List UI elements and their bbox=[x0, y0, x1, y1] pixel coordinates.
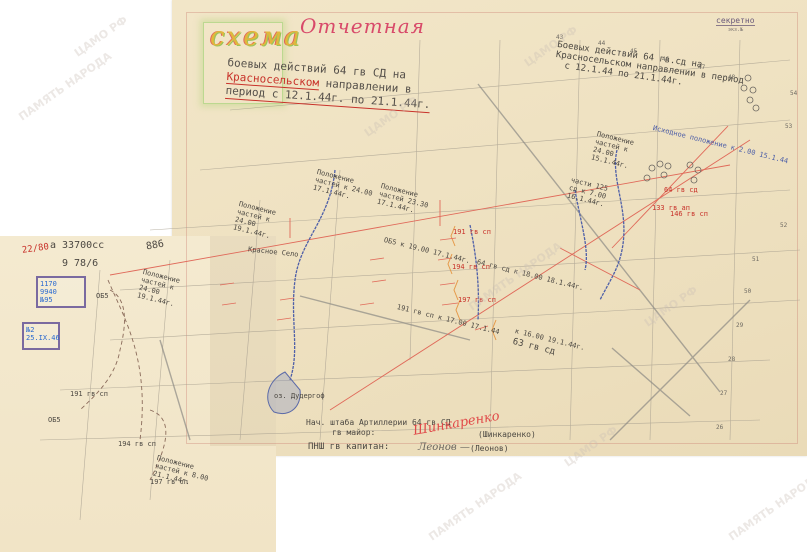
archive-number: а 33700сс bbox=[50, 240, 104, 251]
signature-chief-arty-line2: гв майор: bbox=[332, 428, 375, 437]
signature-pnsh-name: (Леонов) bbox=[470, 444, 509, 453]
signature-pnsh-line: ПНШ гв капитан: bbox=[308, 442, 389, 452]
stamp-value: 25.IX.46 bbox=[26, 334, 56, 342]
unit-label: ОБ5 bbox=[48, 416, 61, 424]
stamp-value: №2 bbox=[26, 326, 56, 334]
grid-number: 27 bbox=[720, 390, 727, 397]
stamp-value: 1170 bbox=[40, 280, 82, 288]
stamp-value: 9940 bbox=[40, 288, 82, 296]
grid-number: 47 bbox=[698, 64, 705, 71]
grid-number: 51 bbox=[752, 256, 759, 263]
unit-label: 194 гв сп bbox=[118, 440, 156, 448]
archive-fraction: 9 78/6 bbox=[62, 258, 98, 269]
grid-number: 26 bbox=[716, 424, 723, 431]
grid-number: 28 bbox=[728, 356, 735, 363]
grid-number: 45 bbox=[630, 48, 637, 55]
grid-number: 54 bbox=[790, 90, 797, 97]
grid-number: 50 bbox=[744, 288, 751, 295]
copy-number: экз.№ bbox=[728, 27, 743, 33]
unit-label: 191 гв сп bbox=[70, 390, 108, 398]
unit-label: 194 гв сп bbox=[452, 263, 490, 271]
title-superscript: Отчетная bbox=[300, 14, 425, 38]
grid-number: 53 bbox=[785, 123, 792, 130]
grid-number: 46 bbox=[662, 56, 669, 63]
grid-number: 29 bbox=[736, 322, 743, 329]
unit-label: 64 гв сд bbox=[664, 186, 698, 194]
unit-label: 197 гв сп bbox=[150, 478, 188, 486]
unit-label: 146 гв сп bbox=[670, 210, 708, 218]
signature-chief-arty-name: (Шинкаренко) bbox=[478, 430, 536, 439]
unit-label: 191 гв сп bbox=[453, 228, 491, 236]
unit-label: ОБ5 bbox=[96, 292, 109, 300]
label-lake: оз. Дудергоф bbox=[274, 392, 325, 400]
grid-number: 48 bbox=[728, 74, 735, 81]
grid-number: 52 bbox=[780, 222, 787, 229]
classification-label: секретно bbox=[716, 16, 755, 26]
archive-stamp-2: №2 25.IX.46 bbox=[22, 322, 60, 350]
grid-number: 44 bbox=[598, 40, 605, 47]
title-main: схема bbox=[210, 22, 302, 52]
signature-grey-handwriting: Леонов — bbox=[418, 442, 470, 453]
stamp-value: №95 bbox=[40, 296, 82, 304]
archive-stamp-1: 1170 9940 №95 bbox=[36, 276, 86, 308]
